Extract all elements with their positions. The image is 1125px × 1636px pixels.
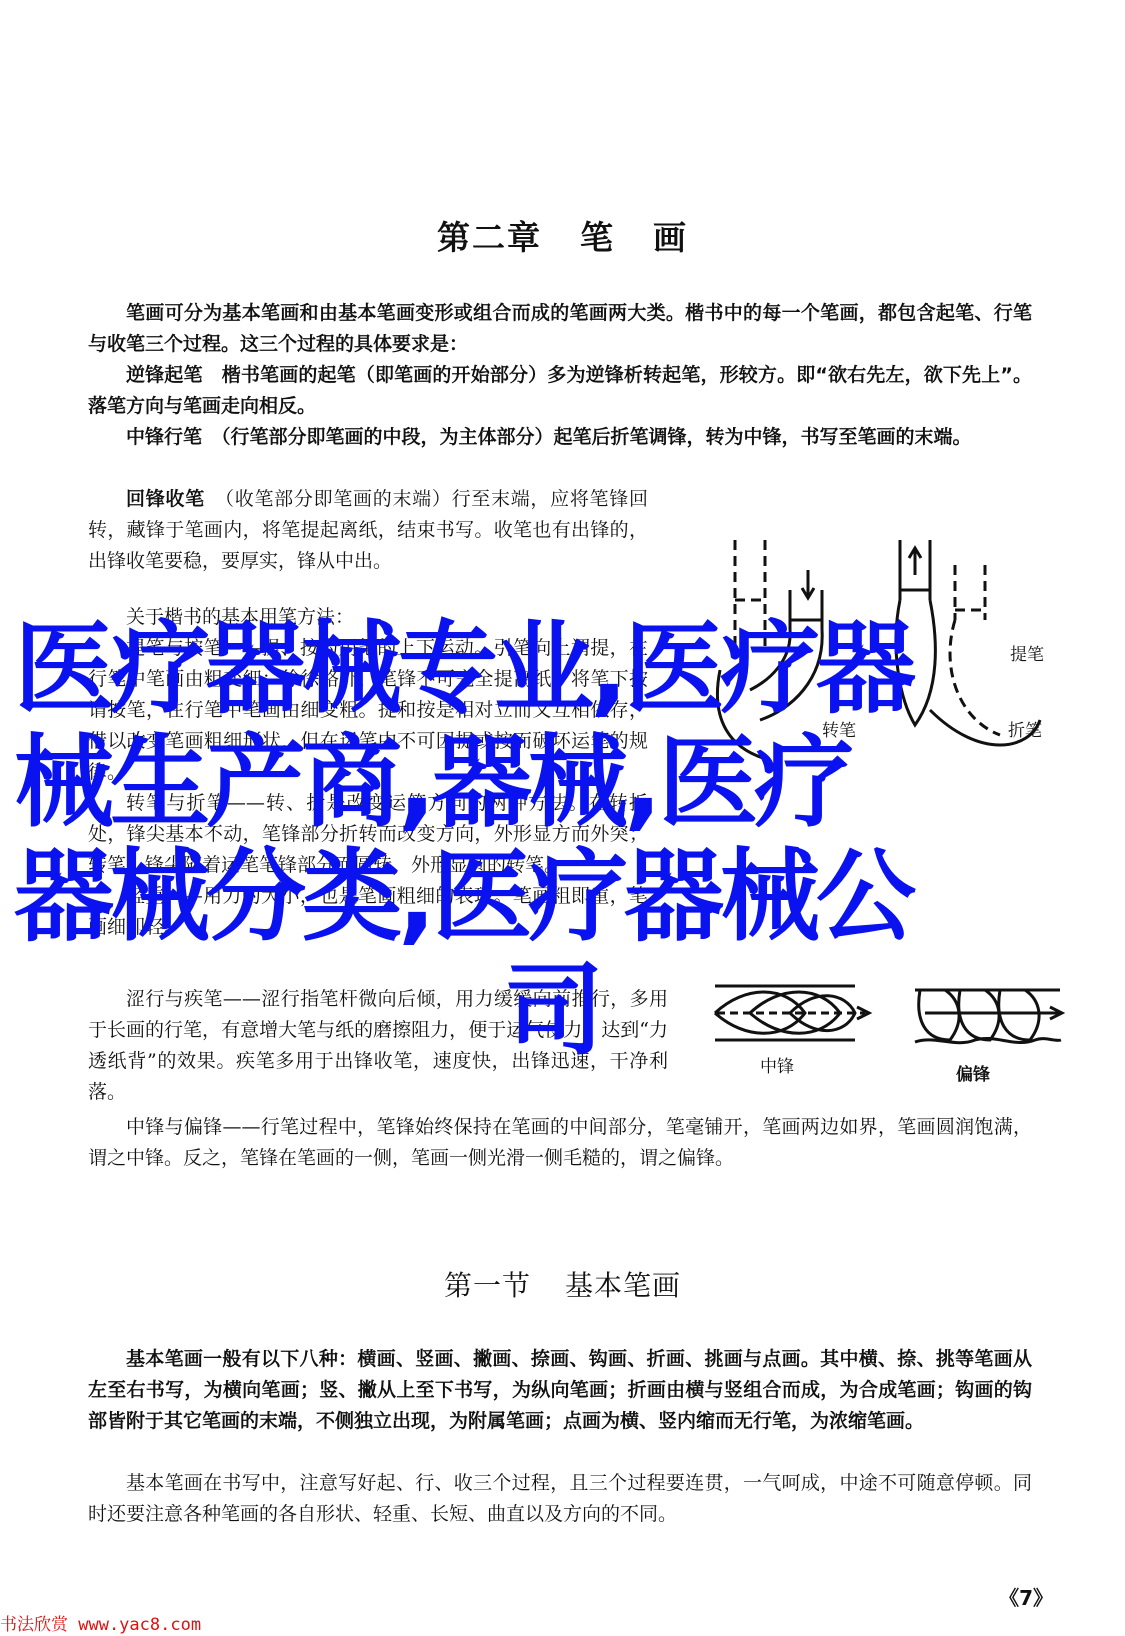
overlay-line-4: 司 bbox=[14, 954, 1114, 1068]
zhongpian-paragraph: 中锋与偏锋——行笔过程中，笔锋始终保持在笔画的中间部分，笔毫铺开，笔画两边如界，… bbox=[88, 1112, 1032, 1174]
chapter-number: 第二章 bbox=[437, 218, 542, 257]
basic-strokes-text: 基本笔画一般有以下八种：横画、竖画、撇画、捺画、钩画、折画、挑画与点画。其中横、… bbox=[88, 1344, 1032, 1437]
chapter-title-char-2: 画 bbox=[653, 218, 688, 257]
basic-writing-paragraph: 基本笔画在书写中，注意写好起、行、收三个过程，且三个过程要连贯，一气呵成，中途不… bbox=[88, 1468, 1032, 1530]
huifeng-paragraph: 回锋收笔 （收笔部分即笔画的末端）行至末端，应将笔锋回转，藏锋于笔画内，将笔提起… bbox=[88, 484, 648, 577]
overlay-line-3: 器械分类,医疗器械公 bbox=[14, 840, 1114, 954]
scanned-page: 第二章笔画 笔画可分为基本笔画和由基本笔画变形或组合而成的笔画两大类。楷书中的每… bbox=[0, 0, 1125, 1636]
page-number: 《7》 bbox=[999, 1582, 1053, 1611]
huifeng-term: 回锋收笔 bbox=[126, 488, 205, 510]
nifeng-term: 逆锋起笔 bbox=[126, 364, 203, 386]
intro-paragraph: 笔画可分为基本笔画和由基本笔画变形或组合而成的笔画两大类。楷书中的每一个笔画，都… bbox=[88, 298, 1032, 360]
nifeng-paragraph: 逆锋起笔 楷书笔画的起笔（即笔画的开始部分）多为逆锋析转起笔，形较方。即“欲右先… bbox=[88, 360, 1032, 422]
zhongfeng-paragraph: 中锋行笔 （行笔部分即笔画的中段，为主体部分）起笔后折笔调锋，转为中锋，书写至笔… bbox=[88, 422, 1032, 453]
basic-strokes-paragraph: 基本笔画一般有以下八种：横画、竖画、撇画、捺画、钩画、折画、挑画与点画。其中横、… bbox=[88, 1344, 1032, 1437]
zhongpian-text: 中锋与偏锋——行笔过程中，笔锋始终保持在笔画的中间部分，笔毫铺开，笔画两边如界，… bbox=[88, 1112, 1032, 1174]
headline-overlay: 医疗器械专业,医疗器 械生产商,器械,医疗 器械分类,医疗器械公 司 bbox=[14, 612, 1114, 1068]
section-title: 第一节基本笔画 bbox=[0, 1264, 1125, 1304]
overlay-line-1: 医疗器械专业,医疗器 bbox=[14, 612, 1114, 726]
section-number: 第一节 bbox=[444, 1269, 531, 1302]
overlay-line-2: 械生产商,器械,医疗 bbox=[14, 726, 1114, 840]
section-name: 基本笔画 bbox=[565, 1269, 681, 1302]
chapter-title: 第二章笔画 bbox=[0, 212, 1125, 259]
intro-section: 笔画可分为基本笔画和由基本笔画变形或组合而成的笔画两大类。楷书中的每一个笔画，都… bbox=[88, 298, 1032, 453]
watermark-link[interactable]: 书法欣赏 www.yac8.com bbox=[0, 1610, 201, 1635]
chapter-title-char-1: 笔 bbox=[580, 218, 615, 257]
basic-writing-text: 基本笔画在书写中，注意写好起、行、收三个过程，且三个过程要连贯，一气呵成，中途不… bbox=[88, 1468, 1032, 1530]
zhongfeng-text: （行笔部分即笔画的中段，为主体部分）起笔后折笔调锋，转为中锋，书写至笔画的末端。 bbox=[202, 426, 972, 448]
nifeng-text: 楷书笔画的起笔（即笔画的开始部分）多为逆锋析转起笔，形较方。即“欲右先左，欲下先… bbox=[88, 364, 1032, 417]
zhongfeng-term: 中锋行笔 bbox=[126, 426, 202, 448]
